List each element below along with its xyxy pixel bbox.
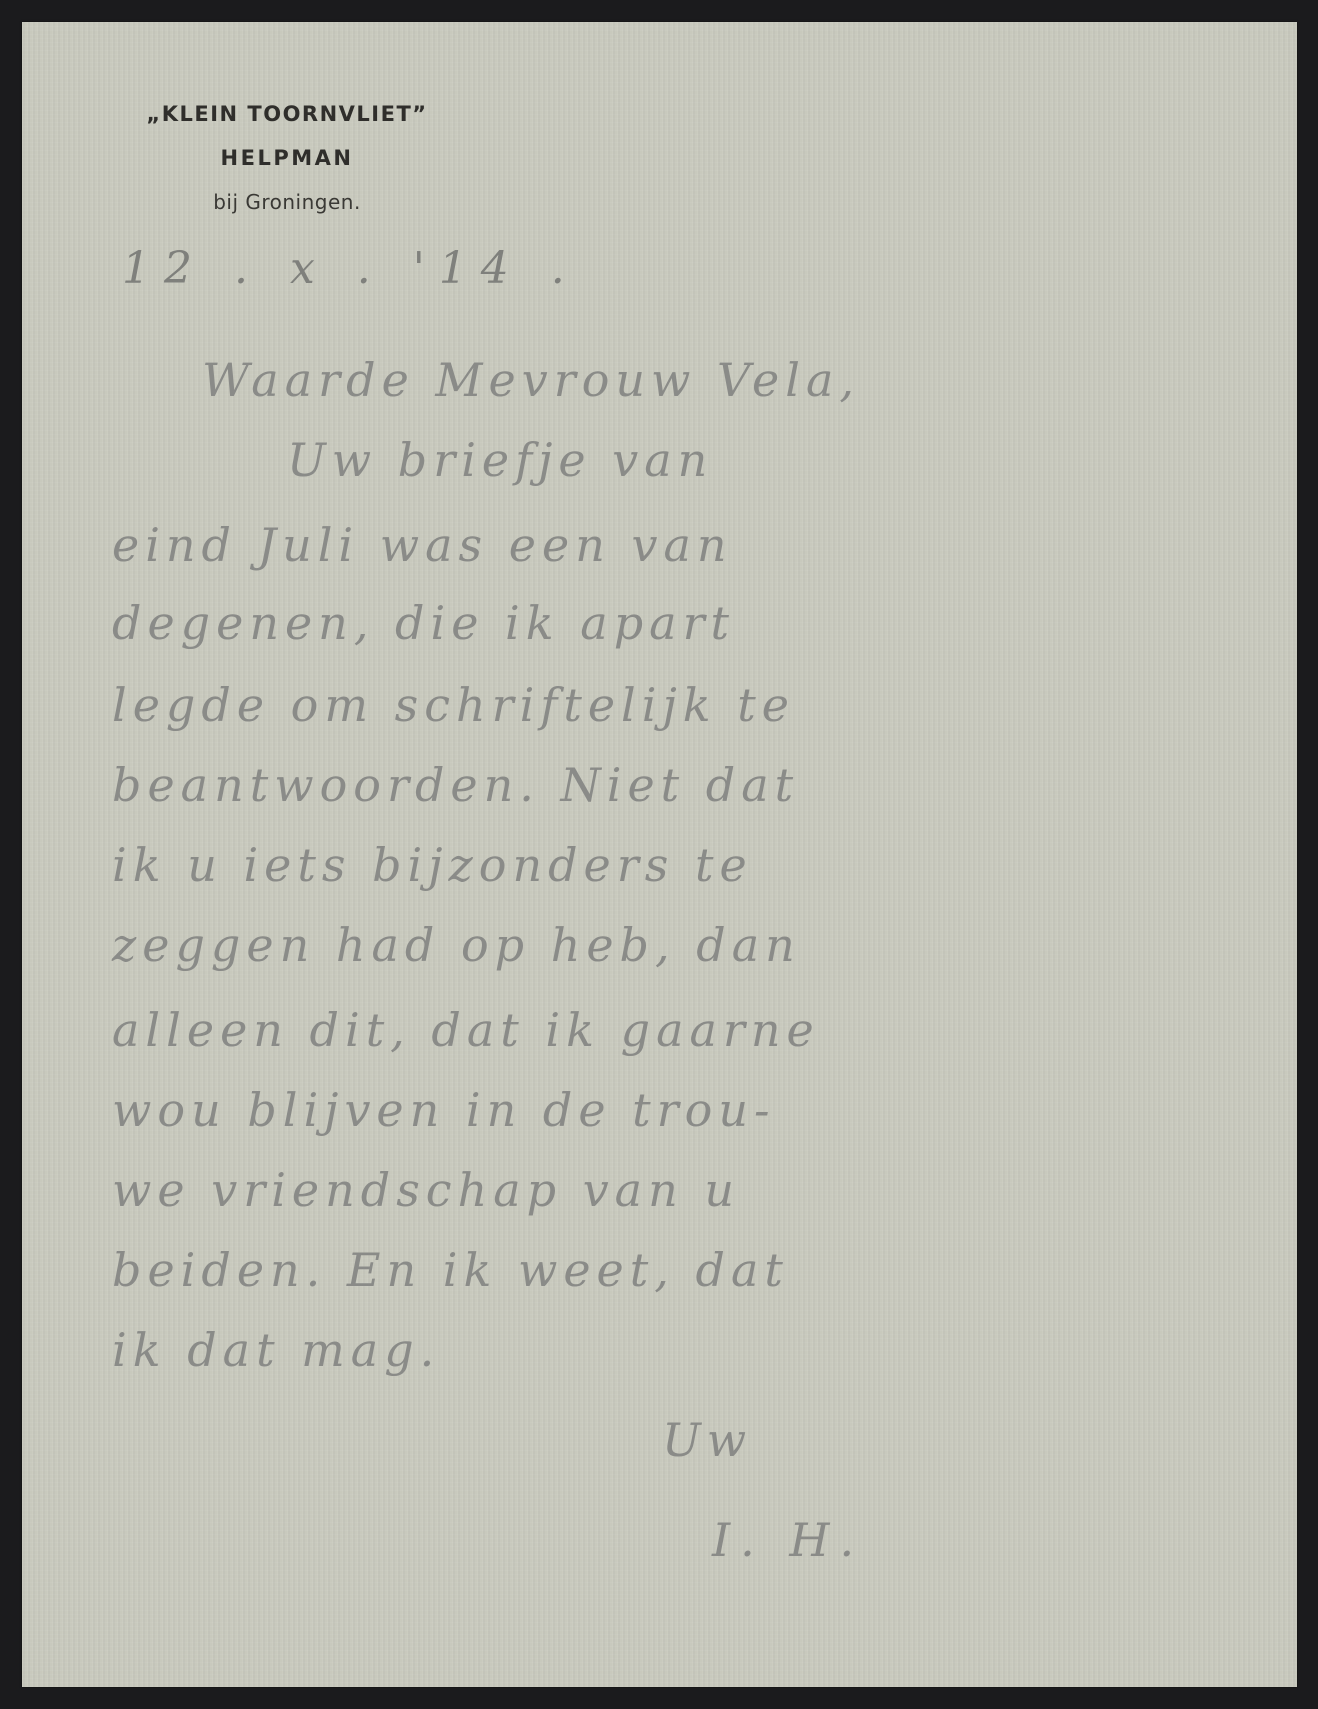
body-line: legde om schriftelijk te (112, 682, 795, 728)
body-line: beiden. En ik weet, dat (112, 1247, 789, 1293)
body-line: ik u iets bijzonders te (112, 842, 753, 888)
salutation: Waarde Mevrouw Vela, (202, 357, 860, 403)
letterhead: „KLEIN TOORNVLIET” HELPMAN bij Groningen… (82, 92, 492, 224)
body-line: eind Juli was een van (112, 522, 733, 568)
signature: I. H. (712, 1517, 864, 1563)
body-line: Uw briefje van (287, 437, 713, 483)
letterhead-place: HELPMAN (82, 136, 492, 180)
body-line: alleen dit, dat ik gaarne (112, 1007, 820, 1053)
closing: Uw (662, 1417, 752, 1463)
letterhead-subtitle: bij Groningen. (82, 180, 492, 224)
body-line: beantwoorden. Niet dat (112, 762, 799, 808)
body-line: zeggen had op heb, dan (112, 922, 801, 968)
body-line: degenen, die ik apart (112, 600, 735, 646)
letter-date: 12 . x . '14 . (122, 247, 579, 291)
letter-sheet: „KLEIN TOORNVLIET” HELPMAN bij Groningen… (22, 22, 1297, 1687)
body-line: ik dat mag. (112, 1327, 440, 1373)
letterhead-name: „KLEIN TOORNVLIET” (82, 92, 492, 136)
body-line: we vriendschap van u (112, 1167, 740, 1213)
body-line: wou blijven in de trou- (112, 1087, 776, 1133)
